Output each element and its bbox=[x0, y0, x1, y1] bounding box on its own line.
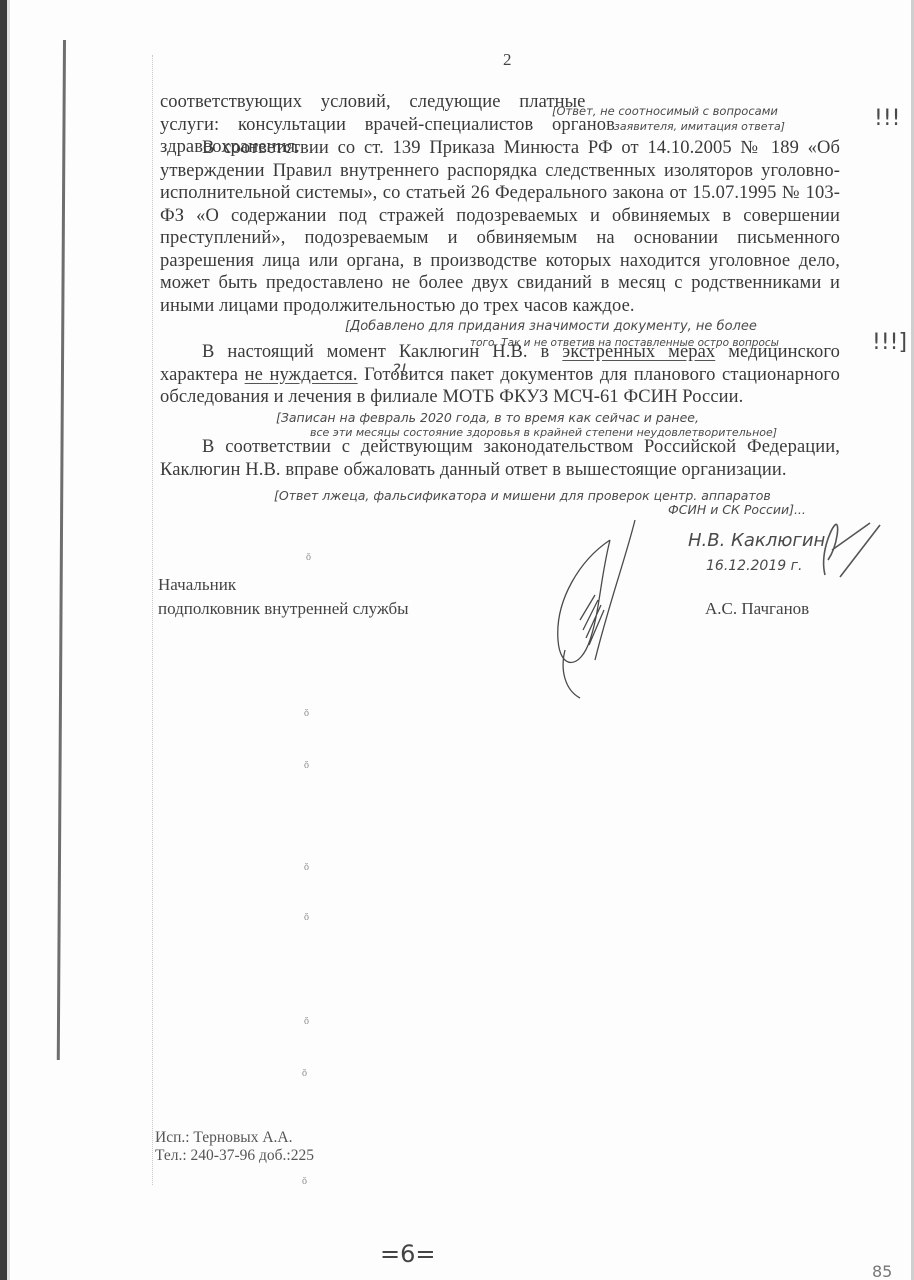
signatory-title: Начальник bbox=[158, 574, 236, 596]
handwritten-note-3-line-1: [Записан на февраль 2020 года, в то врем… bbox=[276, 410, 699, 425]
kaklyugin-signature-icon bbox=[810, 515, 890, 585]
scan-left-edge-shadow bbox=[7, 0, 10, 1280]
scan-artifact: ǒ bbox=[304, 708, 309, 719]
handwritten-note-1-line-2: заявителя, имитация ответа] bbox=[614, 120, 785, 133]
handwritten-note-1-line-1: [Ответ, не соотносимый с вопросами bbox=[552, 104, 778, 118]
handwritten-exclamations-1: !!! bbox=[874, 106, 900, 131]
paragraph-4: В соответствии с действующим законодател… bbox=[160, 436, 840, 481]
scan-artifact: ǒ bbox=[304, 1016, 309, 1027]
handwritten-exclamations-2: !!!] bbox=[872, 330, 907, 355]
chief-signature-icon bbox=[540, 520, 680, 700]
handwritten-page-mark: =6= bbox=[380, 1240, 436, 1268]
fold-guide-line bbox=[152, 55, 153, 1185]
handwritten-note-2-line-2: того. Так и не ответив на поставленные о… bbox=[470, 337, 779, 349]
signatory-name: А.С. Пачганов bbox=[705, 598, 809, 620]
handwritten-question-marks: ?! bbox=[392, 360, 407, 379]
binder-margin-line bbox=[57, 40, 66, 1060]
paragraph-2: В соответствии со ст. 139 Приказа Минюст… bbox=[160, 137, 840, 317]
scan-artifact: ǒ bbox=[304, 862, 309, 873]
scan-artifact: ǒ bbox=[302, 1176, 307, 1187]
handwritten-note-4-line-1: [Ответ лжеца, фальсификатора и мишени дл… bbox=[274, 488, 771, 503]
handwritten-note-2-line-1: [Добавлено для придания значимости докум… bbox=[345, 319, 757, 334]
scan-left-edge bbox=[0, 0, 7, 1280]
paragraph-3: В настоящий момент Каклюгин Н.В. в экстр… bbox=[160, 341, 840, 409]
sheet-number: 85 bbox=[872, 1262, 892, 1280]
handwritten-note-3-line-2: все эти месяцы состояние здоровья в край… bbox=[310, 426, 777, 439]
scan-artifact: ǒ bbox=[304, 912, 309, 923]
scan-artifact: ǒ bbox=[304, 760, 309, 771]
handwritten-note-4-line-2: ФСИН и СК России]... bbox=[668, 502, 806, 517]
scan-artifact: ǒ bbox=[302, 1068, 307, 1079]
p3-underlined-not-needed: не нуждается. bbox=[245, 365, 358, 385]
scan-artifact: ǒ bbox=[306, 552, 311, 563]
page-number: 2 bbox=[503, 50, 512, 70]
handwritten-name-kaklyugin: Н.В. Каклюгин bbox=[688, 530, 825, 551]
executor-name: Исп.: Терновых А.А. bbox=[155, 1128, 292, 1147]
signatory-rank: подполковник внутренней службы bbox=[158, 598, 409, 620]
handwritten-date: 16.12.2019 г. bbox=[706, 558, 802, 574]
paragraph-2-text: В соответствии со ст. 139 Приказа Минюст… bbox=[160, 137, 840, 317]
paragraph-4-text: В соответствии с действующим законодател… bbox=[160, 436, 840, 481]
executor-phone: Тел.: 240-37-96 доб.:225 bbox=[155, 1146, 314, 1165]
paragraph-3-text: В настоящий момент Каклюгин Н.В. в экстр… bbox=[160, 341, 840, 409]
